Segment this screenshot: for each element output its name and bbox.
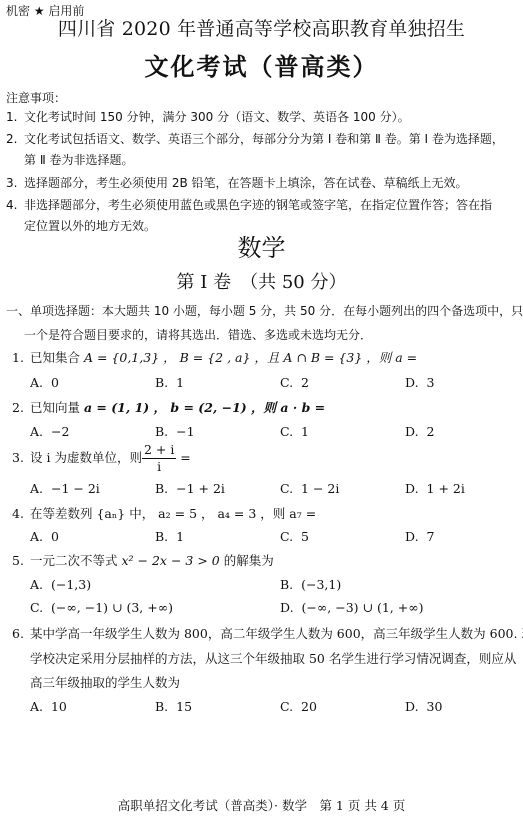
- part-title: 第 I 卷 （共 50 分）: [0, 268, 523, 294]
- question-1: 1.已知集合 A = {0,1,3} ， B = {2 , a} ，且 A ∩ …: [12, 348, 417, 366]
- question-6-line3: 高三年级抽取的学生人数为: [30, 673, 180, 691]
- section-instructions: 一、单项选择题：本大题共 10 小题，每小题 5 分，共 50 分．在每小题列出…: [6, 302, 523, 319]
- exam-title: 四川省 2020 年普通高等学校高职教育单独招生: [0, 14, 523, 41]
- section-instructions-cont: 一个是符合题目要求的，请将其选出．错选、多选或未选均无分．: [24, 326, 372, 343]
- page-footer: 高职单招文化考试（普高类）· 数学 第 1 页 共 4 页: [0, 796, 523, 814]
- q3-option-a: A. −1 − 2i: [30, 481, 100, 496]
- question-4: 4.在等差数列 {aₙ} 中， a₂ = 5 ， a₄ = 3 ，则 a₇ =: [12, 504, 316, 522]
- notice-item-1: 1.文化考试时间 150 分钟，满分 300 分（语文、数学、英语各 100 分…: [6, 108, 410, 125]
- exam-subtitle: 文化考试（普高类）: [0, 47, 523, 82]
- question-2: 2.已知向量 a = (1, 1) ， b = (2, −1) ，则 a · b…: [12, 398, 325, 416]
- question-3: 3.设 i 为虚数单位，则2 + ii =: [12, 444, 191, 473]
- q6-option-c: C. 20: [280, 699, 317, 714]
- q1-option-c: C. 2: [280, 375, 309, 390]
- q6-option-b: B. 15: [155, 699, 192, 714]
- q1-option-b: B. 1: [155, 375, 184, 390]
- q5-option-b: B. (−3,1): [280, 577, 341, 592]
- q2-option-a: A. −2: [30, 424, 69, 439]
- notice-item-3: 3.选择题部分，考生必须使用 2B 铅笔，在答题卡上填涂，答在试卷、草稿纸上无效…: [6, 174, 468, 191]
- notice-item-2: 2.文化考试包括语文、数学、英语三个部分，每部分分为第 Ⅰ 卷和第 Ⅱ 卷。第 …: [6, 130, 504, 147]
- q3-option-b: B. −1 + 2i: [155, 481, 225, 496]
- q3-option-c: C. 1 − 2i: [280, 481, 339, 496]
- q1-option-d: D. 3: [405, 375, 434, 390]
- q2-option-d: D. 2: [405, 424, 434, 439]
- q6-option-d: D. 30: [405, 699, 442, 714]
- q4-option-b: B. 1: [155, 529, 184, 544]
- q1-option-a: A. 0: [30, 375, 59, 390]
- q4-option-a: A. 0: [30, 529, 59, 544]
- notice-item-2-cont: 第 Ⅱ 卷为非选择题。: [24, 151, 134, 168]
- notice-heading: 注意事项：: [6, 89, 66, 106]
- notice-item-4: 4.非选择题部分，考生必须使用蓝色或黑色字迹的钢笔或签字笔，在指定位置作答；答在…: [6, 196, 492, 213]
- q5-option-a: A. (−1,3): [30, 577, 91, 592]
- q2-option-c: C. 1: [280, 424, 309, 439]
- question-5: 5.一元二次不等式 x² − 2x − 3 > 0 的解集为: [12, 551, 274, 569]
- subject-title: 数学: [0, 228, 523, 263]
- q5-option-d: D. (−∞, −3) ∪ (1, +∞): [280, 600, 424, 615]
- q6-option-a: A. 10: [30, 699, 67, 714]
- q2-option-b: B. −1: [155, 424, 195, 439]
- question-6: 6.某中学高一年级学生人数为 800，高二年级学生人数为 600，高三年级学生人…: [12, 624, 523, 642]
- fraction: 2 + ii: [142, 444, 176, 473]
- q4-option-c: C. 5: [280, 529, 309, 544]
- question-6-line2: 学校决定采用分层抽样的方法，从这三个年级抽取 50 名学生进行学习情况调查，则应…: [30, 649, 516, 667]
- q3-option-d: D. 1 + 2i: [405, 481, 465, 496]
- q4-option-d: D. 7: [405, 529, 434, 544]
- q5-option-c: C. (−∞, −1) ∪ (3, +∞): [30, 600, 173, 615]
